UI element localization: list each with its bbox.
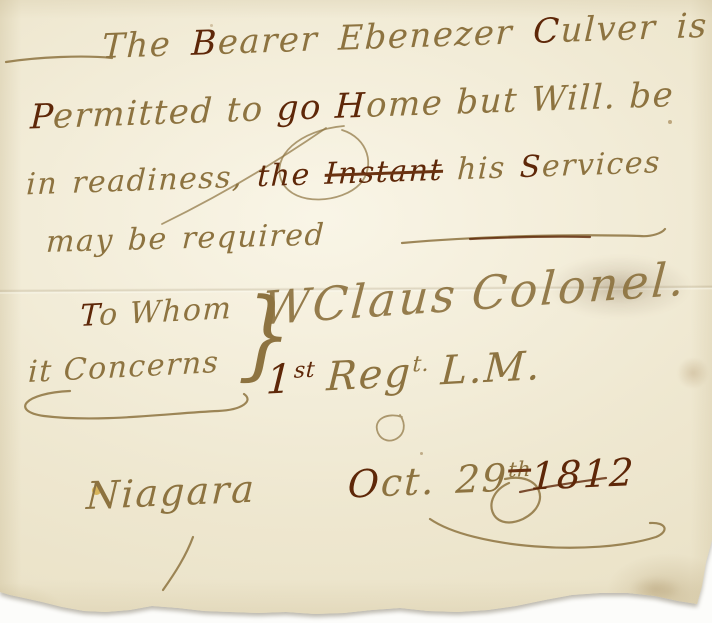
- word: Permitted: [30, 91, 215, 137]
- word: the: [257, 157, 312, 194]
- body-line-3: inreadiness,theInstanthisServices: [26, 145, 676, 203]
- dateline-date: Oct. 29th: [347, 455, 532, 507]
- right-edge-stain: [676, 358, 710, 388]
- word: to: [226, 89, 265, 130]
- body-line-1: TheBearerEbenezerCulveris: [101, 5, 712, 67]
- signature-line: WClausColonel.: [261, 250, 703, 335]
- word: The: [101, 24, 172, 66]
- word: his: [456, 151, 506, 188]
- word: may: [45, 223, 114, 260]
- word: readiness,: [71, 160, 243, 201]
- word: be: [127, 222, 168, 258]
- paper-sheet: TheBearerEbenezerCulveris PermittedtogoH…: [0, 0, 712, 623]
- required-dash-stroke: [402, 229, 665, 243]
- dateline: NiagaraOct. 29th1812: [85, 450, 636, 518]
- date-suffix: th: [508, 457, 532, 482]
- word: Home: [334, 83, 444, 127]
- regiment-word: Regt.: [325, 349, 430, 401]
- regiment-militia: L.M.: [440, 343, 543, 394]
- regiment-loop-flourish: [377, 415, 404, 441]
- scan-background: TheBearerEbenezerCulveris PermittedtogoH…: [0, 0, 712, 623]
- address-line-1: To Whom: [79, 291, 232, 334]
- required-dash-dark-center: [470, 237, 590, 239]
- signature-name: WClaus: [261, 267, 460, 335]
- word: go: [276, 87, 323, 129]
- word: Bearer: [191, 19, 319, 64]
- paper-surface: TheBearerEbenezerCulveris PermittedtogoH…: [0, 0, 712, 623]
- word: required: [181, 218, 326, 257]
- word: Culver: [532, 8, 657, 52]
- address-line-2: it Concerns: [28, 345, 221, 390]
- word: in: [26, 166, 59, 202]
- body-line-2: PermittedtogoHomebutWill.be: [30, 74, 688, 137]
- word: be: [629, 75, 675, 117]
- paper-speck: [668, 120, 672, 124]
- word: is: [676, 6, 709, 47]
- word: but: [456, 80, 519, 122]
- niagara-descender-stroke: [163, 537, 193, 590]
- word: Ebenezer: [338, 13, 514, 59]
- body-line-4: mayberequired: [45, 217, 340, 260]
- intro-underline-stroke: [6, 57, 112, 62]
- word: Services: [519, 145, 661, 185]
- regiment-line: 1stRegt.L.M.: [265, 342, 555, 403]
- word-struck-instant: Instant: [324, 153, 444, 192]
- dateline-year: 1812: [530, 450, 637, 499]
- concerns-swash: [25, 391, 247, 418]
- date-sweep-flourish: [430, 519, 665, 548]
- word: Will.: [530, 77, 617, 120]
- dateline-place: Niagara: [85, 467, 257, 519]
- bottom-right-stain: [630, 576, 680, 602]
- signature-rank: Colonel.: [470, 251, 689, 320]
- paper-speck: [420, 452, 423, 455]
- regiment-number: 1st: [265, 355, 316, 404]
